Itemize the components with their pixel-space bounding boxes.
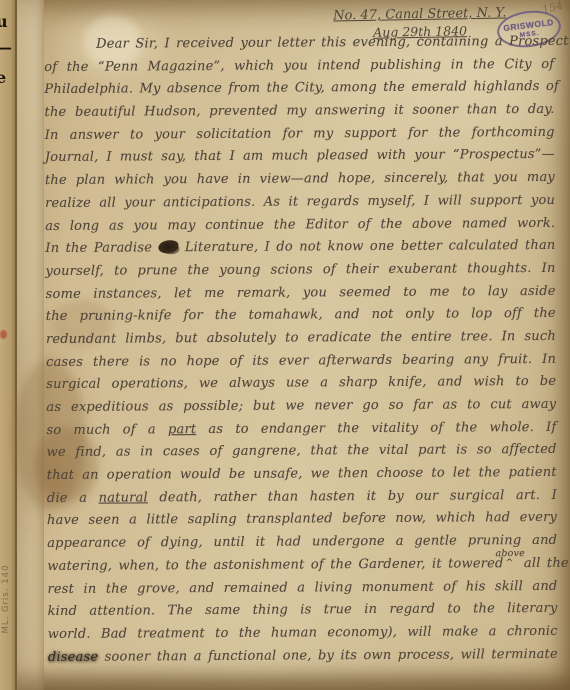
letter-line: watering, when, to the astonishment of t… xyxy=(47,553,557,579)
letter-line: we find, as in cases of gangrene, that t… xyxy=(47,439,557,465)
letter-line: surgical operations, we always use a sha… xyxy=(46,371,556,397)
letter-line: die a natural death, rather than hasten … xyxy=(47,485,557,511)
letter-line: realize all your anticipations. As it re… xyxy=(45,190,555,216)
letter-line: kind attention. The same thing is true i… xyxy=(48,598,558,624)
letter-line: rest in the grove, and remained a living… xyxy=(47,575,557,601)
letter-line: as long as you may continue the Editor o… xyxy=(45,212,555,238)
red-mark xyxy=(0,330,7,339)
underlined-word: natural xyxy=(99,490,148,505)
underlined-word: part xyxy=(168,422,196,437)
smudged-word: disease xyxy=(48,649,98,664)
torn-margin xyxy=(17,0,44,690)
letter-scan: u — e ML. Gris. 140 154 GRISWOLD MSS. No… xyxy=(0,0,570,690)
letter-line: disease sooner than a functional one, by… xyxy=(48,643,558,669)
letter-line: In answer to your solicitation for my su… xyxy=(45,122,555,148)
interline-insertion: above^ xyxy=(504,557,518,567)
letter-line: some instances, let me remark, you seeme… xyxy=(46,280,556,306)
letter-line: world. Bad treatment to the human econom… xyxy=(48,621,558,647)
ink-fragment: u xyxy=(0,14,8,30)
ink-fragment: e xyxy=(0,70,6,86)
letter-line: cases there is no hope of its ever after… xyxy=(46,349,556,375)
letter-line: have seen a little sapling transplanted … xyxy=(47,507,557,533)
margin-call-number: ML. Gris. 140 xyxy=(1,549,15,649)
letter-line: In the Paradise Literature, I do not kno… xyxy=(45,235,555,261)
address-line: No. 47, Canal Street, N. Y. xyxy=(320,5,520,23)
letter-line: Journal, I must say, that I am much plea… xyxy=(45,144,555,170)
ink-fragment: — xyxy=(0,40,12,56)
letter-line: the beautiful Hudson, prevented my answe… xyxy=(44,99,554,125)
letter-line: Dear Sir, I received your letter this ev… xyxy=(44,31,554,57)
ink-blot xyxy=(158,240,178,253)
letter-line: the plan which you have in view—and hope… xyxy=(45,167,555,193)
letter-line: so much of a part as to endanger the vit… xyxy=(46,417,556,443)
letter-line: Philadelphia. My absence from the City, … xyxy=(44,76,554,102)
letter-line: that an operation would be unsafe, we th… xyxy=(47,462,557,488)
letter-body: Dear Sir, I received your letter this ev… xyxy=(44,31,558,669)
letter-line: of the “Penn Magazine”, which you intend… xyxy=(44,54,554,80)
letter-line: yourself, to prune the young scions of t… xyxy=(45,258,555,284)
letter-line: the pruning-knife for the tomahawk, and … xyxy=(46,303,556,329)
letter-line: redundant limbs, but absolutely to eradi… xyxy=(46,326,556,352)
letter-line: as expeditious as possible; but we never… xyxy=(46,394,556,420)
letter-line: appearance of dying, until it had underg… xyxy=(47,530,557,556)
